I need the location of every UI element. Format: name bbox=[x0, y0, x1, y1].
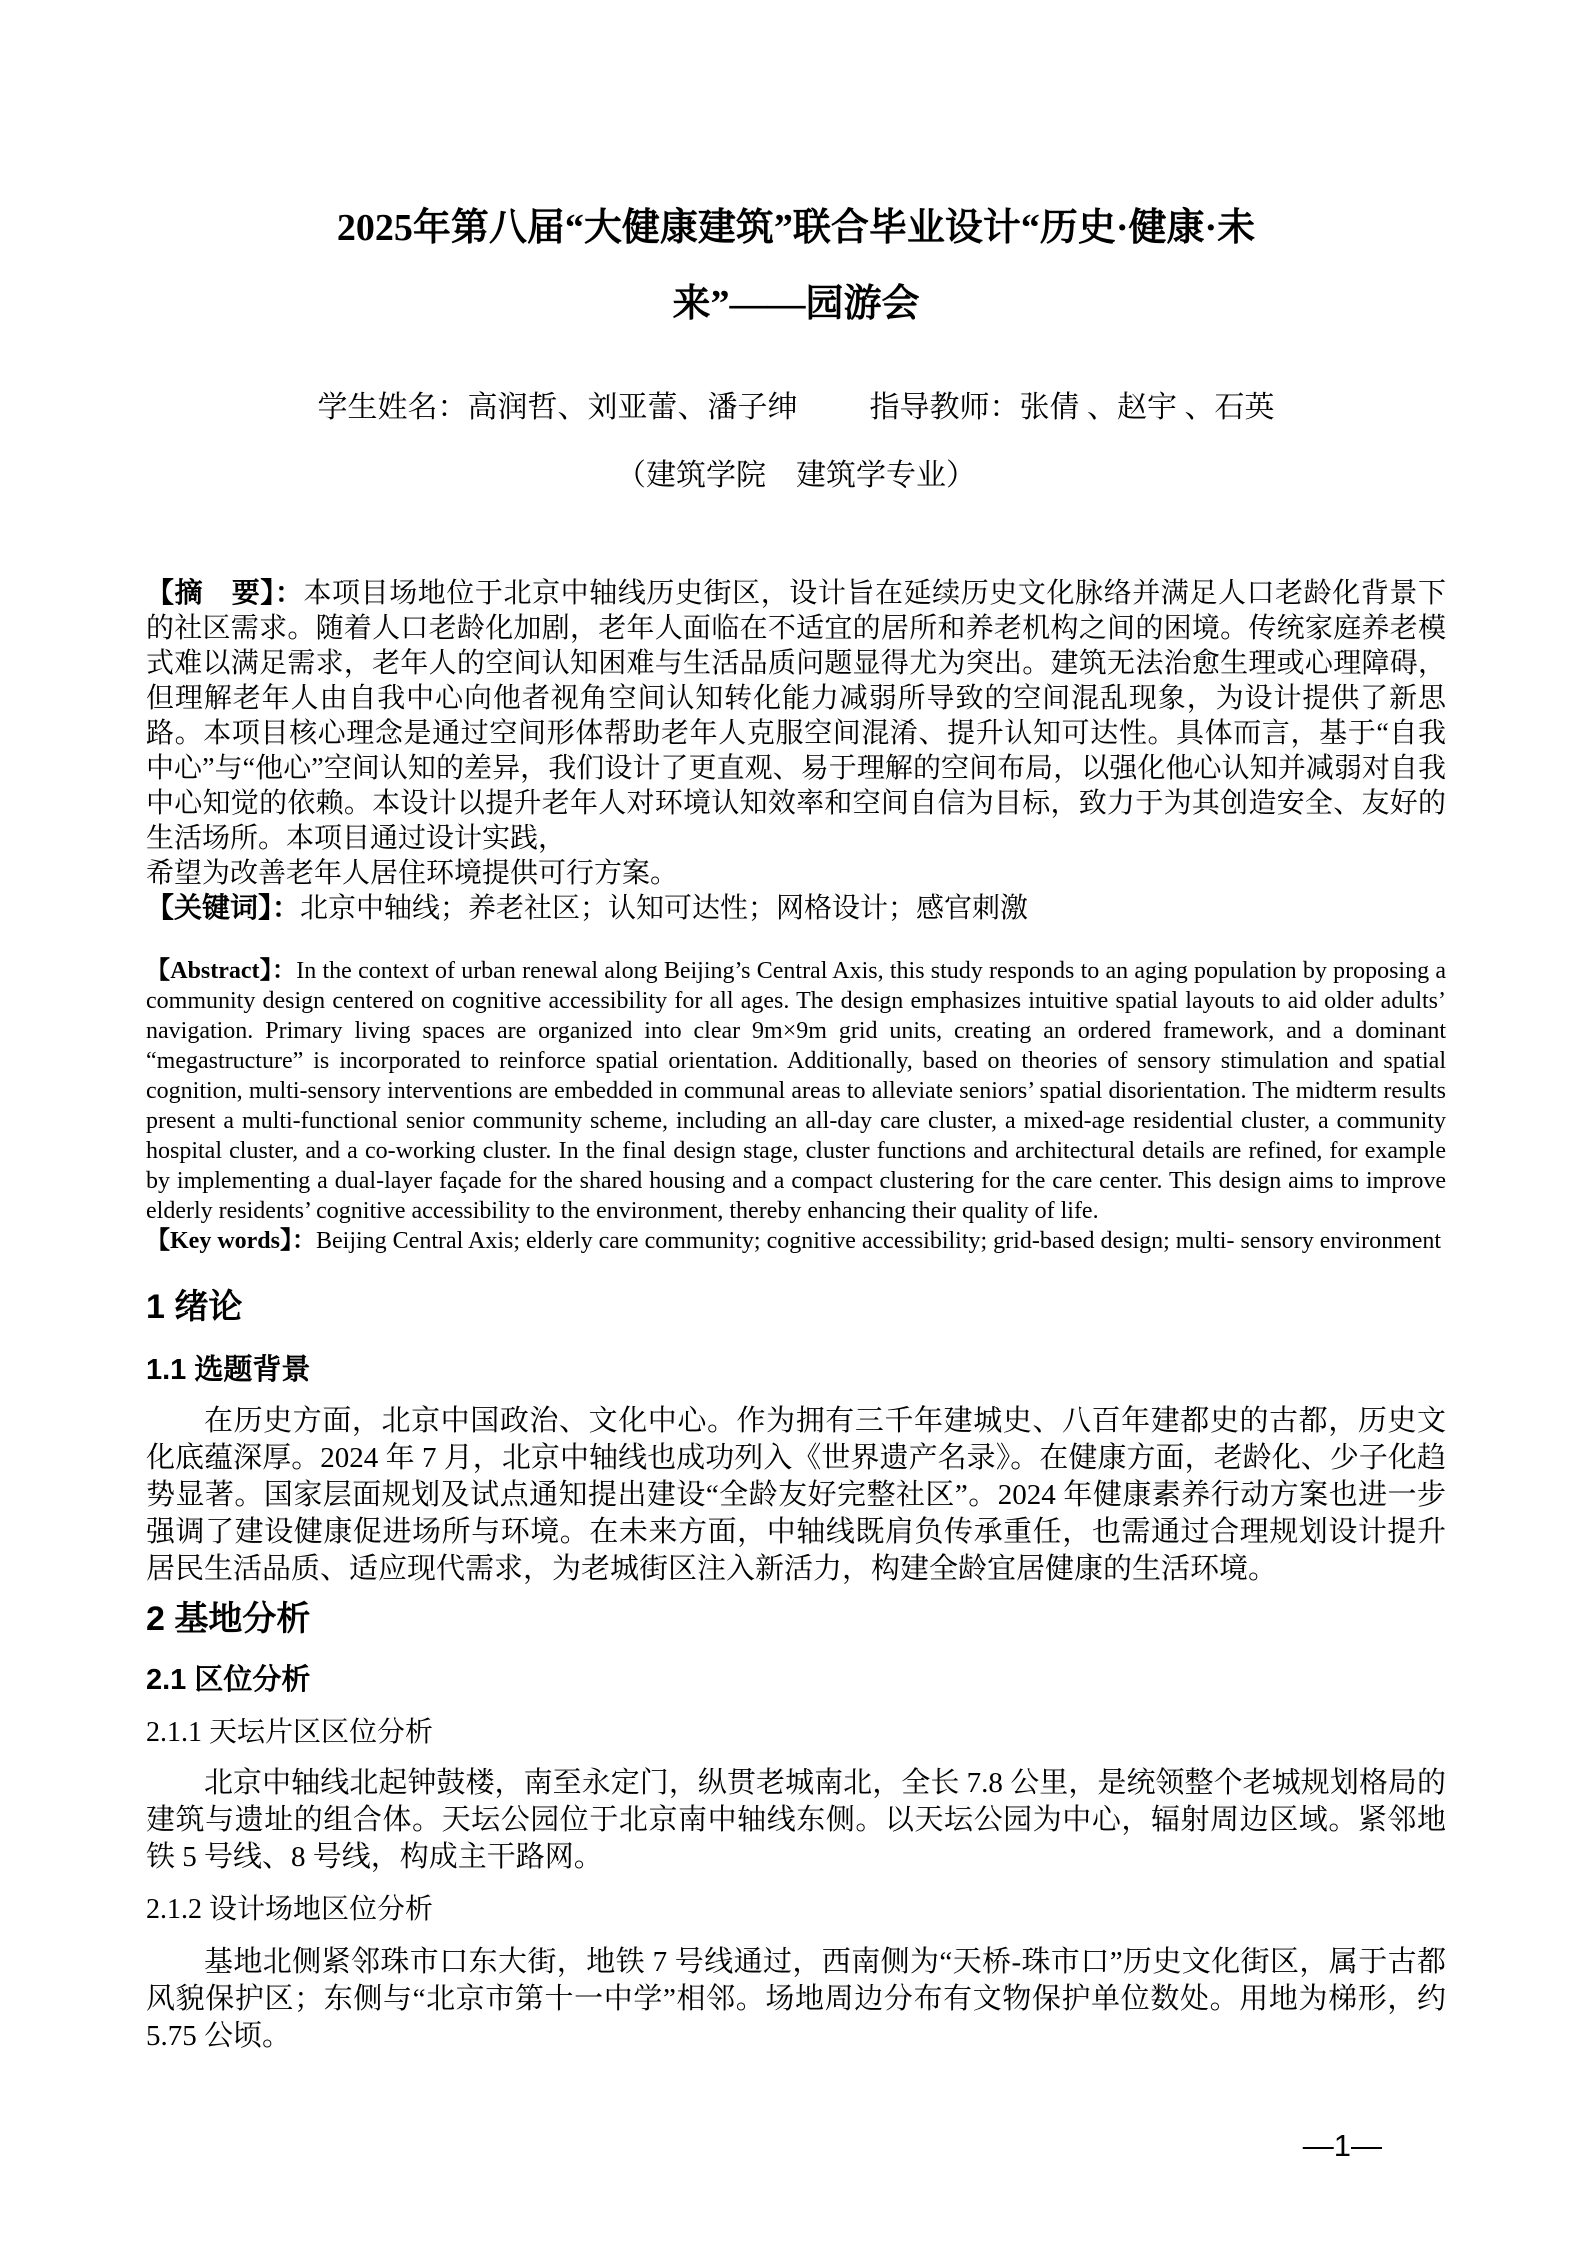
abstract-en-text: In the context of urban renewal along Be… bbox=[146, 958, 1446, 1224]
abstract-en-label: 【Abstract】： bbox=[146, 958, 296, 984]
byline-advisors: 指导教师：张倩 、赵宇 、石英 bbox=[870, 388, 1275, 428]
heading-2-site-analysis: 2 基地分析 bbox=[146, 1598, 1446, 1640]
para-design-site: 基地北侧紧邻珠市口东大街，地铁 7 号线通过，西南侧为“天桥-珠市口”历史文化街… bbox=[146, 1944, 1446, 2055]
keywords-en: 【Key words】：Beijing Central Axis; elderl… bbox=[146, 1226, 1446, 1256]
page-title-line1: 2025年第八届“大健康建筑”联合毕业设计“历史·健康·未 bbox=[337, 207, 1255, 249]
heading-1-1-background: 1.1 选题背景 bbox=[146, 1352, 1446, 1389]
byline: 学生姓名：高润哲、刘亚蕾、潘子绅 指导教师：张倩 、赵宇 、石英 bbox=[146, 388, 1446, 428]
abstract-cn: 【摘 要】：本项目场地位于北京中轴线历史街区，设计旨在延续历史文化脉络并满足人口… bbox=[146, 576, 1446, 891]
document-content: 2025年第八届“大健康建筑”联合毕业设计“历史·健康·未 来”——园游会 学生… bbox=[146, 0, 1446, 2055]
keywords-cn-label: 【关键词】： bbox=[146, 893, 300, 924]
abstract-cn-text: 本项目场地位于北京中轴线历史街区，设计旨在延续历史文化脉络并满足人口老龄化背景下… bbox=[146, 578, 1446, 854]
heading-2-1-location-analysis: 2.1 区位分析 bbox=[146, 1662, 1446, 1699]
keywords-en-label: 【Key words】： bbox=[146, 1228, 316, 1254]
page-title: 2025年第八届“大健康建筑”联合毕业设计“历史·健康·未 来”——园游会 bbox=[146, 0, 1446, 342]
heading-2-1-2-design-site: 2.1.2 设计场地区位分析 bbox=[146, 1892, 1446, 1928]
abstract-cn-text-continued: 希望为改善老年人居住环境提供可行方案。 bbox=[146, 858, 678, 889]
page-title-line2: 来”——园游会 bbox=[672, 283, 919, 325]
keywords-cn: 【关键词】：北京中轴线；养老社区；认知可达性；网格设计；感官刺激 bbox=[146, 891, 1446, 926]
para-background: 在历史方面，北京中国政治、文化中心。作为拥有三千年建城史、八百年建都史的古都，历… bbox=[146, 1403, 1446, 1588]
abstract-cn-label: 【摘 要】： bbox=[146, 578, 303, 609]
heading-2-1-1-tiantan-area: 2.1.1 天坛片区区位分析 bbox=[146, 1715, 1446, 1751]
abstract-en: 【Abstract】：In the context of urban renew… bbox=[146, 956, 1446, 1226]
document-page: 2025年第八届“大健康建筑”联合毕业设计“历史·健康·未 来”——园游会 学生… bbox=[0, 0, 1586, 2245]
keywords-en-text: Beijing Central Axis; elderly care commu… bbox=[316, 1228, 1441, 1254]
page-number: —1— bbox=[1303, 2126, 1382, 2166]
heading-1-introduction: 1 绪论 bbox=[146, 1286, 1446, 1328]
keywords-cn-text: 北京中轴线；养老社区；认知可达性；网格设计；感官刺激 bbox=[300, 893, 1028, 924]
affiliation: （建筑学院 建筑学专业） bbox=[146, 456, 1446, 496]
byline-students: 学生姓名：高润哲、刘亚蕾、潘子绅 bbox=[318, 388, 798, 428]
para-tiantan-area: 北京中轴线北起钟鼓楼，南至永定门，纵贯老城南北，全长 7.8 公里，是统领整个老… bbox=[146, 1765, 1446, 1876]
